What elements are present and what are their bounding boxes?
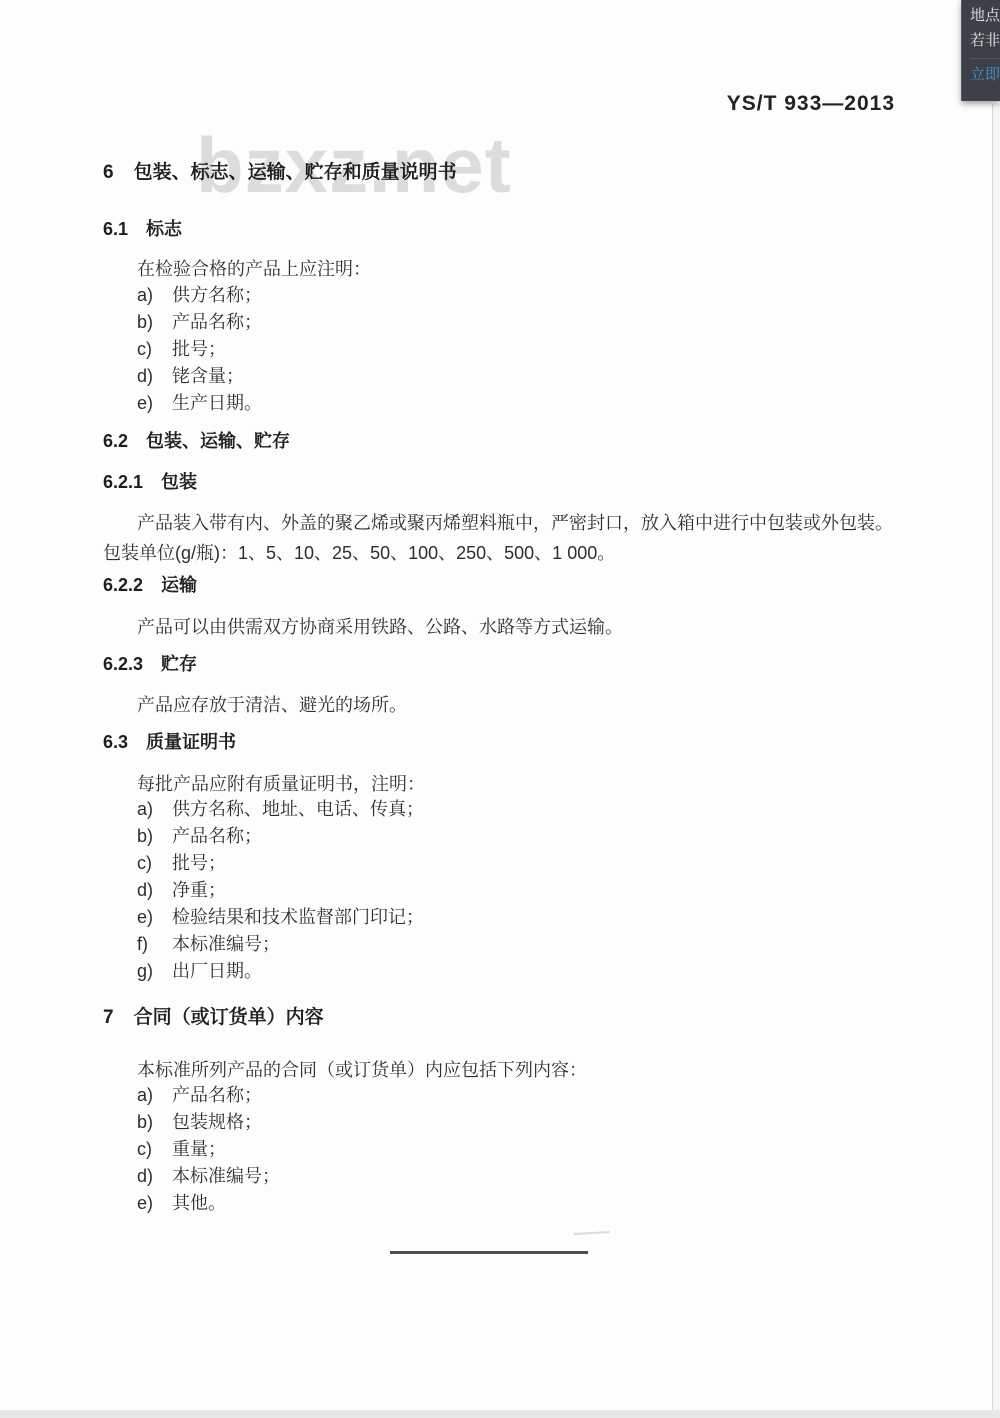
clause-heading-6.2.3: 6.2.3贮存 — [103, 651, 903, 677]
popup-text-line-1: 地点 — [962, 0, 1000, 25]
popup-text-line-2: 若非 — [962, 25, 1000, 50]
clause-heading-6.3: 6.3质量证明书 — [103, 729, 903, 755]
clause-heading-6.2.2: 6.2.2运输 — [103, 572, 903, 598]
list-item: e)生产日期。 — [103, 390, 903, 417]
paragraph: 本标准所列产品的合同（或订货单）内应包括下列内容： — [103, 1055, 903, 1085]
list-item-label: d) — [137, 877, 157, 904]
list-item: f)本标准编号； — [103, 931, 903, 958]
list-item-text: 出厂日期。 — [172, 961, 262, 981]
document-body: 6包装、标志、运输、贮存和质量说明书6.1标志在检验合格的产品上应注明：a)供方… — [0, 0, 1000, 1418]
list-item-text: 供方名称、地址、电话、传真； — [172, 799, 424, 819]
list-item: e)检验结果和技术监督部门印记； — [103, 904, 903, 931]
clause-number: 6 — [103, 160, 114, 186]
popup-panel: 地点 若非 立即 — [961, 0, 1000, 101]
list-item-text: 铑含量； — [172, 366, 244, 386]
end-of-document-line — [390, 1251, 588, 1254]
list-item: a)产品名称； — [103, 1082, 903, 1109]
list-item-text: 本标准编号； — [172, 1166, 280, 1186]
clause-title: 包装 — [161, 472, 197, 492]
list-item: g)出厂日期。 — [103, 958, 903, 985]
clause-heading-6.2.1: 6.2.1包装 — [103, 469, 903, 495]
list-item-text: 检验结果和技术监督部门印记； — [172, 907, 424, 927]
clause-number: 6.1 — [103, 216, 128, 242]
clause-heading-6.2: 6.2包装、运输、贮存 — [103, 428, 903, 454]
paragraph: 在检验合格的产品上应注明： — [103, 254, 903, 284]
clause-title: 合同（或订货单）内容 — [134, 1007, 324, 1028]
clause-title: 质量证明书 — [146, 732, 236, 752]
list-item: b)产品名称； — [103, 823, 903, 850]
list-item: c)批号； — [103, 336, 903, 363]
item-list: a)供方名称；b)产品名称；c)批号；d)铑含量；e)生产日期。 — [103, 282, 903, 417]
list-item-label: f) — [137, 931, 157, 958]
list-item-label: b) — [137, 309, 157, 336]
list-item: e)其他。 — [103, 1190, 903, 1217]
list-item-label: g) — [137, 958, 157, 985]
list-item-text: 产品名称； — [172, 826, 262, 846]
item-list: a)产品名称；b)包装规格；c)重量；d)本标准编号；e)其他。 — [103, 1082, 903, 1217]
popup-action-link[interactable]: 立即 — [962, 59, 1000, 84]
clause-number: 6.2.3 — [103, 651, 143, 677]
list-item-text: 批号； — [172, 853, 226, 873]
list-item-text: 其他。 — [172, 1193, 226, 1213]
list-item: c)批号； — [103, 850, 903, 877]
list-item-text: 产品名称； — [172, 312, 262, 332]
clause-heading-6: 6包装、标志、运输、贮存和质量说明书 — [103, 160, 903, 186]
list-item-label: c) — [137, 336, 157, 363]
list-item-label: c) — [137, 1136, 157, 1163]
clause-number: 7 — [103, 1005, 114, 1031]
paragraph: 产品可以由供需双方协商采用铁路、公路、水路等方式运输。 — [103, 612, 903, 642]
list-item-label: d) — [137, 1163, 157, 1190]
clause-title: 包装、标志、运输、贮存和质量说明书 — [134, 162, 457, 183]
list-item: c)重量； — [103, 1136, 903, 1163]
list-item-label: a) — [137, 796, 157, 823]
clause-number: 6.2 — [103, 428, 128, 454]
list-item-label: b) — [137, 1109, 157, 1136]
list-item-label: d) — [137, 363, 157, 390]
list-item-text: 产品名称； — [172, 1085, 262, 1105]
list-item: b)包装规格； — [103, 1109, 903, 1136]
list-item-text: 批号； — [172, 339, 226, 359]
clause-title: 包装、运输、贮存 — [146, 431, 290, 451]
list-item-label: e) — [137, 904, 157, 931]
clause-title: 运输 — [161, 575, 197, 595]
list-item-label: c) — [137, 850, 157, 877]
list-item-label: e) — [137, 390, 157, 417]
list-item-label: a) — [137, 1082, 157, 1109]
paragraph: 每批产品应附有质量证明书，注明： — [103, 769, 903, 799]
list-item-label: e) — [137, 1190, 157, 1217]
clause-heading-7: 7合同（或订货单）内容 — [103, 1005, 903, 1031]
clause-title: 标志 — [146, 219, 182, 239]
list-item: d)净重； — [103, 877, 903, 904]
clause-heading-6.1: 6.1标志 — [103, 216, 903, 242]
list-item: a)供方名称、地址、电话、传真； — [103, 796, 903, 823]
list-item-text: 供方名称； — [172, 285, 262, 305]
list-item: a)供方名称； — [103, 282, 903, 309]
list-item-text: 本标准编号； — [172, 934, 280, 954]
list-item: d)本标准编号； — [103, 1163, 903, 1190]
list-item-text: 包装规格； — [172, 1112, 262, 1132]
document-number: YS/T 933—2013 — [727, 92, 895, 116]
list-item-label: a) — [137, 282, 157, 309]
clause-title: 贮存 — [161, 654, 197, 674]
list-item-text: 生产日期。 — [172, 393, 262, 413]
paragraph: 产品应存放于清洁、避光的场所。 — [103, 690, 903, 720]
list-item-label: b) — [137, 823, 157, 850]
list-item: b)产品名称； — [103, 309, 903, 336]
list-item-text: 重量； — [172, 1139, 226, 1159]
paragraph: 产品装入带有内、外盖的聚乙烯或聚丙烯塑料瓶中，严密封口，放入箱中进行中包装或外包… — [103, 508, 903, 568]
clause-number: 6.2.1 — [103, 469, 143, 495]
item-list: a)供方名称、地址、电话、传真；b)产品名称；c)批号；d)净重；e)检验结果和… — [103, 796, 903, 985]
list-item-text: 净重； — [172, 880, 226, 900]
clause-number: 6.2.2 — [103, 572, 143, 598]
list-item: d)铑含量； — [103, 363, 903, 390]
scanned-document-page: bzxz.net YS/T 933—2013 6包装、标志、运输、贮存和质量说明… — [0, 0, 1000, 1418]
clause-number: 6.3 — [103, 729, 128, 755]
